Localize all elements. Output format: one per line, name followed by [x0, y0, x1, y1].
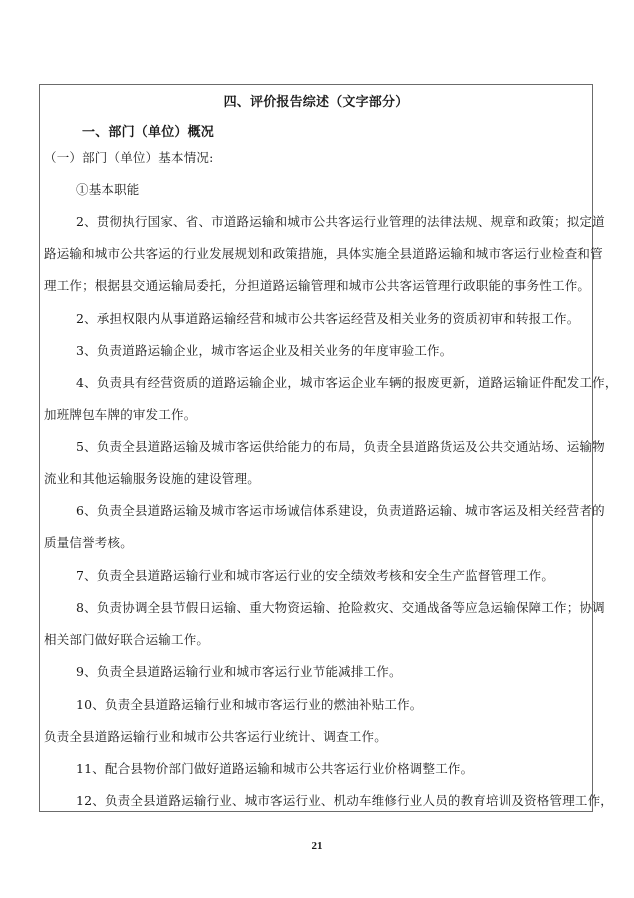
paragraph-line: 8、负责协调全县节假日运输、重大物资运输、抢险救灾、交通战备等应急运输保障工作；… [76, 600, 588, 616]
paragraph-line: 9、负责全县道路运输行业和城市客运行业节能减排工作。 [76, 664, 588, 680]
paragraph-line: 11、配合县物价部门做好道路运输和城市公共客运行业价格调整工作。 [76, 761, 588, 777]
report-text-box: 四、评价报告综述（文字部分） 一、部门（单位）概况 （一）部门（单位）基本情况:… [39, 84, 593, 812]
paragraph-line: 负责全县道路运输行业和城市公共客运行业统计、调查工作。 [44, 729, 588, 745]
paragraph-line: 4、负责具有经营资质的道路运输企业，城市客运企业车辆的报废更新，道路运输证件配发… [76, 375, 588, 391]
paragraph-line: 加班牌包车牌的审发工作。 [44, 407, 588, 423]
paragraph-line: 7、负责全县道路运输行业和城市客运行业的安全绩效考核和安全生产监督管理工作。 [76, 568, 588, 584]
subheading-basic-info: （一）部门（单位）基本情况: [44, 150, 588, 166]
section-title: 四、评价报告综述（文字部分） [40, 95, 592, 111]
paragraph-line: 2、承担权限内从事道路运输经营和城市公共客运经营及相关业务的资质初审和转报工作。 [76, 311, 588, 327]
paragraph-line: 相关部门做好联合运输工作。 [44, 632, 588, 648]
heading-dept-overview: 一、部门（单位）概况 [82, 125, 588, 141]
paragraph-line: 6、负责全县道路运输及城市客运市场诚信体系建设，负责道路运输、城市客运及相关经营… [76, 503, 588, 519]
paragraph-line: 12、负责全县道路运输行业、城市客运行业、机动车维修行业人员的教育培训及资格管理… [76, 793, 588, 809]
paragraph-line: 路运输和城市公共客运的行业发展规划和政策措施，具体实施全县道路运输和城市客运行业… [44, 246, 588, 262]
paragraph-line: 5、负责全县道路运输及城市客运供给能力的布局，负责全县道路货运及公共交通站场、运… [76, 439, 588, 455]
paragraph-line: 2、贯彻执行国家、省、市道路运输和城市公共客运行业管理的法律法规、规章和政策；拟… [76, 214, 588, 230]
page-number: 21 [0, 840, 634, 852]
subheading-basic-functions: ①基本职能 [76, 182, 588, 198]
paragraph-line: 质量信誉考核。 [44, 535, 588, 551]
paragraph-line: 理工作；根据县交通运输局委托，分担道路运输管理和城市公共客运管理行政职能的事务性… [44, 278, 588, 294]
paragraph-line: 10、负责全县道路运输行业和城市客运行业的燃油补贴工作。 [76, 697, 588, 713]
paragraph-line: 流业和其他运输服务设施的建设管理。 [44, 471, 588, 487]
paragraph-line: 3、负责道路运输企业，城市客运企业及相关业务的年度审验工作。 [76, 343, 588, 359]
